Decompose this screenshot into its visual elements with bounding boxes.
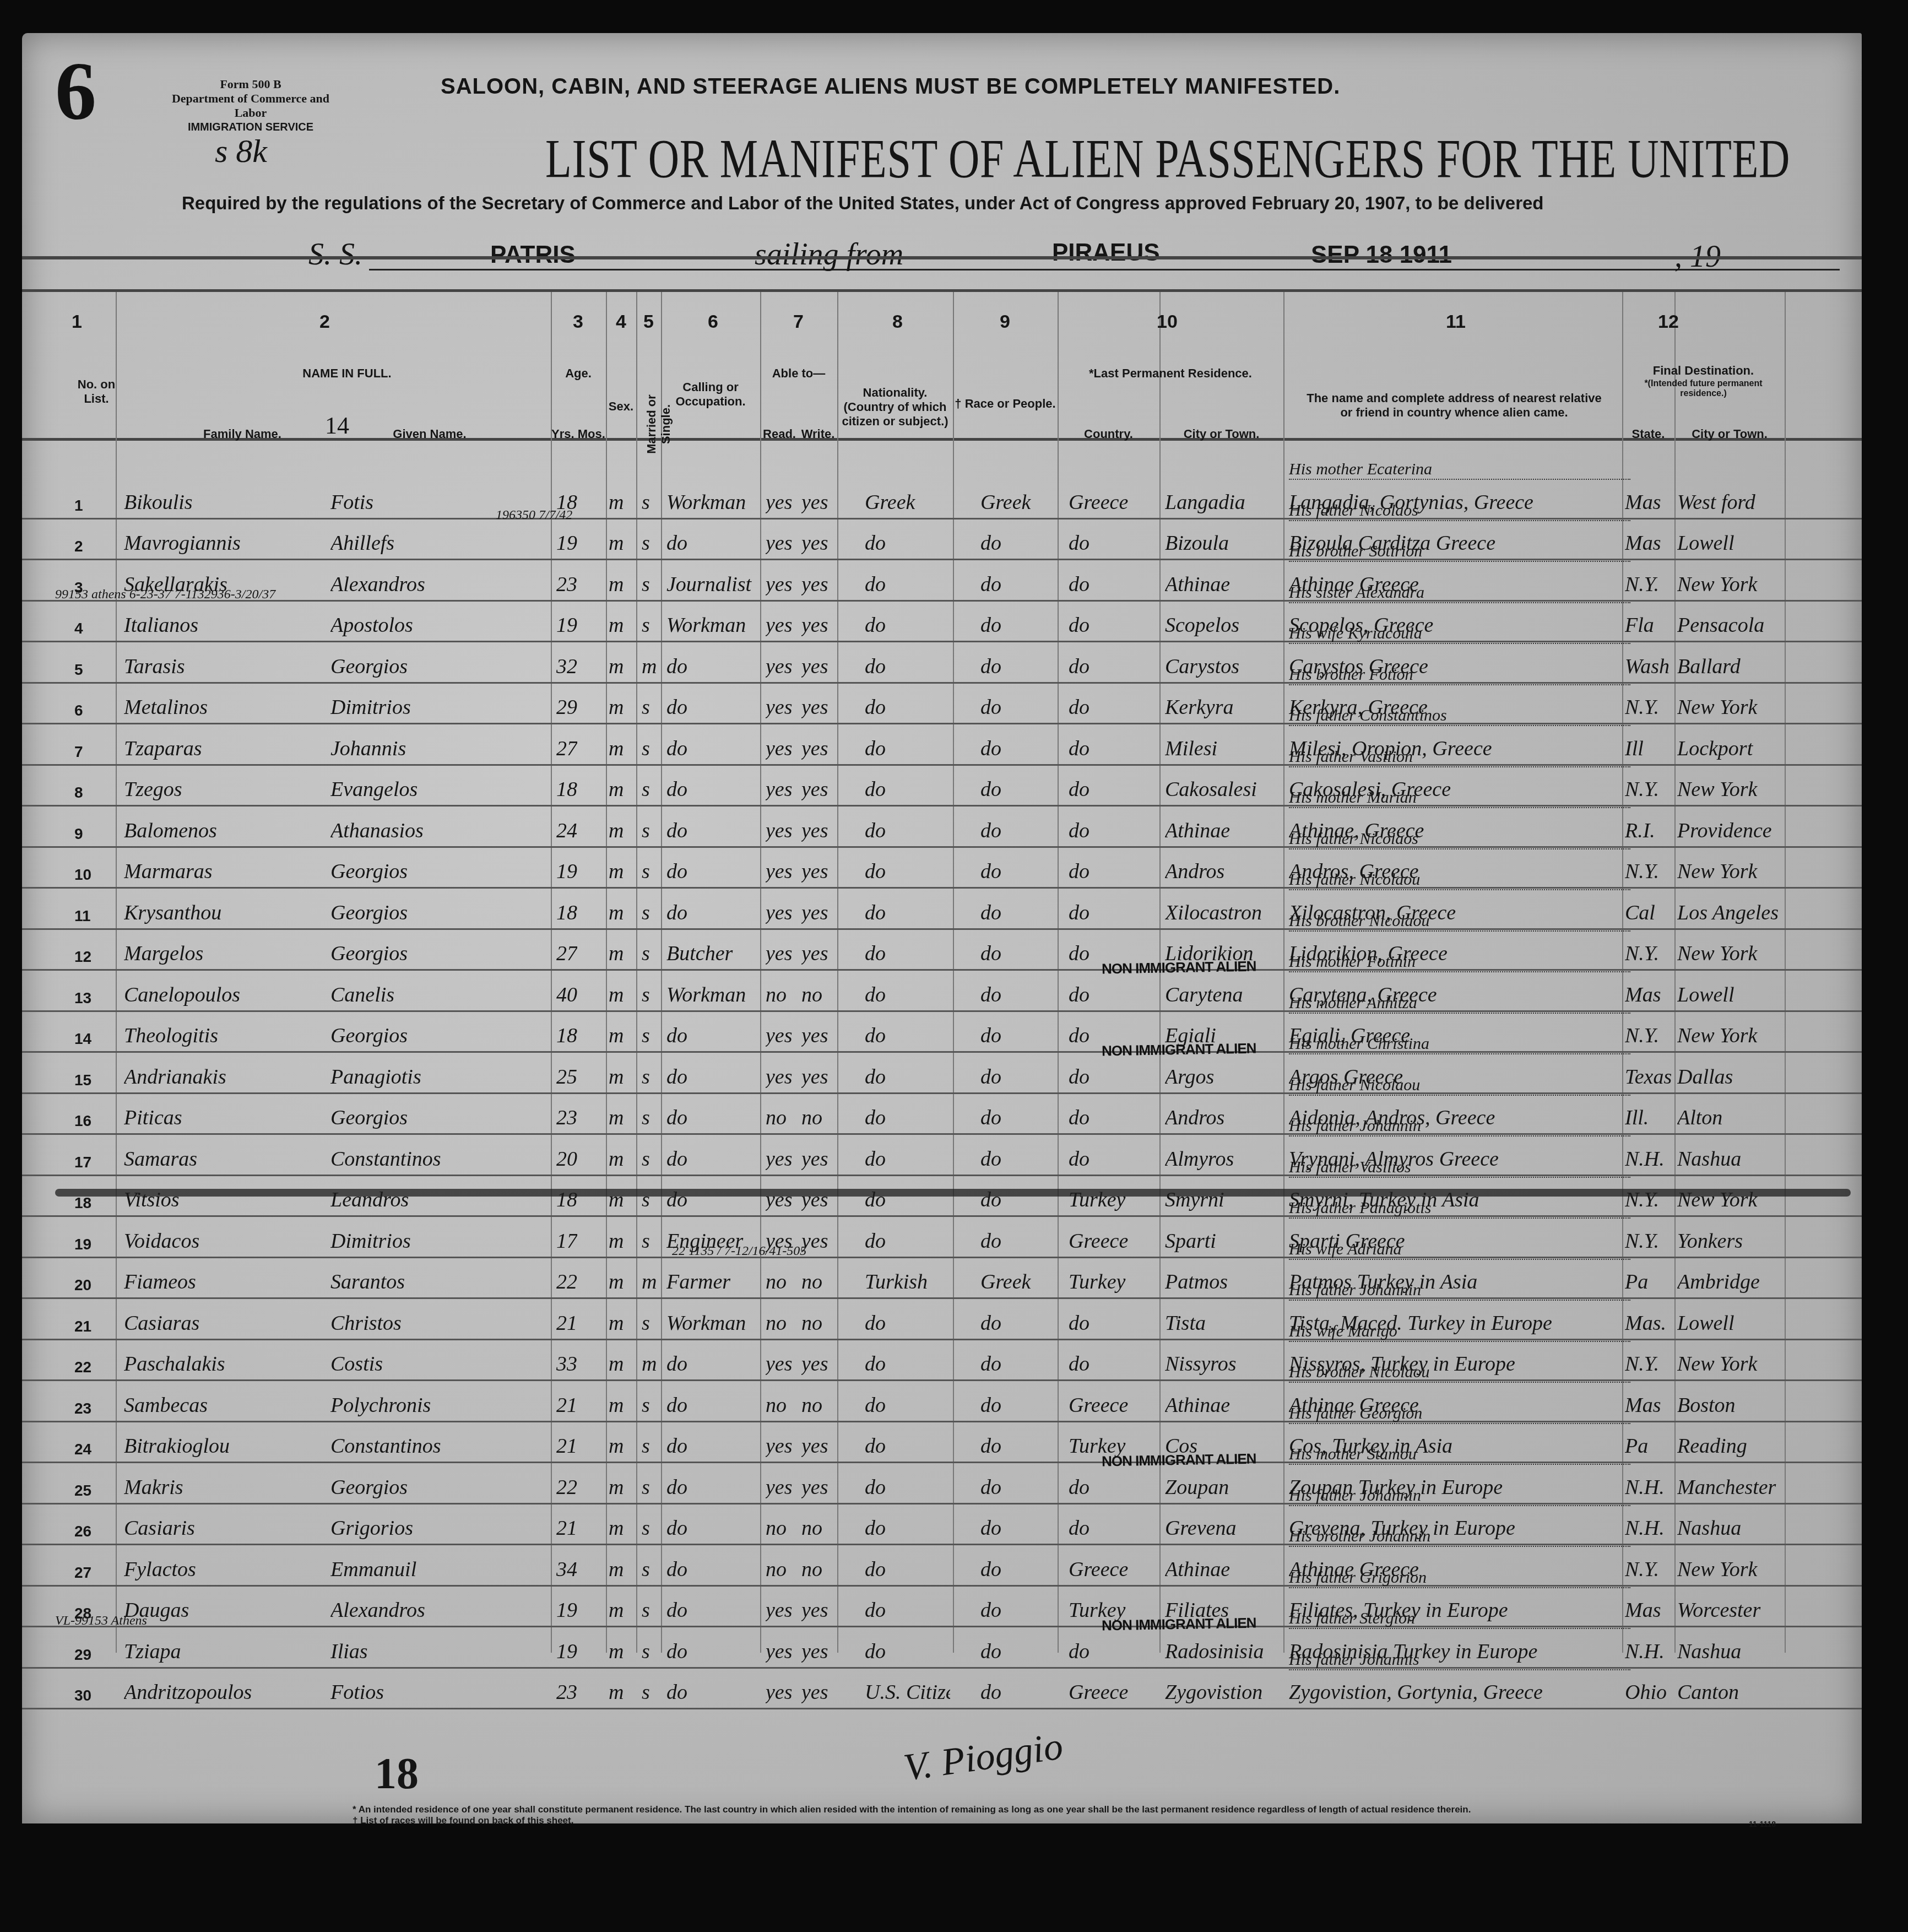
relative-name: His mother Fotinin: [1289, 953, 1630, 972]
race: do: [980, 1393, 1055, 1417]
given-name: Georgios: [330, 941, 545, 966]
given-name: Alexandros: [330, 572, 545, 597]
age: 20: [556, 1147, 577, 1171]
can-read: yes: [766, 1680, 793, 1704]
can-read: yes: [766, 777, 793, 802]
marital-status: m: [642, 1270, 657, 1294]
dest-state: R.I.: [1625, 819, 1674, 843]
can-write: no: [801, 1393, 822, 1417]
relative-name: His father Johannin: [1289, 1281, 1630, 1301]
nationality: do: [865, 737, 950, 761]
relative-name: His father Vasilion: [1289, 748, 1630, 767]
given-name: Leandros: [330, 1188, 545, 1212]
sex: m: [609, 819, 624, 843]
family-name: Metalinos: [124, 695, 325, 719]
relative-address: Zygovistion, Gortynia, Greece: [1289, 1680, 1619, 1704]
nationality: do: [865, 859, 950, 884]
list-number: 7: [74, 743, 83, 761]
footnote-races: † List of races will be found on back of…: [353, 1815, 1471, 1826]
list-number: 17: [74, 1154, 91, 1171]
sheet-number: 6: [55, 44, 96, 139]
dest-state: N.Y.: [1625, 1229, 1674, 1253]
family-name: Vitsios: [124, 1188, 325, 1212]
nationality: do: [865, 1106, 950, 1130]
age: 32: [556, 654, 577, 679]
given-name: Johannis: [330, 737, 545, 761]
age: 19: [556, 613, 577, 637]
residence-city: Almyros: [1165, 1147, 1283, 1171]
ship-name: PATRIS: [490, 241, 576, 269]
regulation-text: Required by the regulations of the Secre…: [182, 193, 1544, 214]
nationality: do: [865, 1639, 950, 1664]
family-name: Andritzopoulos: [124, 1680, 325, 1704]
age: 27: [556, 941, 577, 966]
dest-city: New York: [1677, 777, 1782, 802]
nationality: do: [865, 1393, 950, 1417]
header-country: Country.: [1058, 427, 1159, 441]
header-relative: The name and complete address of nearest…: [1300, 391, 1608, 420]
given-name: Dimitrios: [330, 695, 545, 719]
marital-status: s: [642, 490, 650, 515]
occupation: Workman: [666, 983, 757, 1007]
given-name: Canelis: [330, 983, 545, 1007]
sex: m: [609, 1147, 624, 1171]
age: 23: [556, 572, 577, 597]
top-warning: SALOON, CABIN, AND STEERAGE ALIENS MUST …: [441, 74, 1340, 99]
can-read: yes: [766, 531, 793, 555]
dest-city: Lowell: [1677, 1311, 1782, 1335]
residence-country: do: [1069, 1475, 1157, 1500]
race: do: [980, 572, 1055, 597]
can-read: yes: [766, 1475, 793, 1500]
dest-city: Ballard: [1677, 654, 1782, 679]
sex: m: [609, 983, 624, 1007]
colnum-3: 3: [573, 311, 583, 333]
residence-city: Milesi: [1165, 737, 1283, 761]
list-number: 15: [74, 1071, 91, 1089]
residence-country: Greece: [1069, 1393, 1157, 1417]
nationality: do: [865, 613, 950, 637]
relative-name: His wife Marigo: [1289, 1322, 1630, 1342]
age: 34: [556, 1557, 577, 1582]
relative-name: His brother Johannin: [1289, 1527, 1630, 1547]
residence-country: Greece: [1069, 1229, 1157, 1253]
age: 21: [556, 1311, 577, 1335]
age: 24: [556, 819, 577, 843]
marital-status: s: [642, 901, 650, 925]
age: 25: [556, 1065, 577, 1089]
age: 27: [556, 737, 577, 761]
dest-state: Mas: [1625, 490, 1674, 515]
residence-country: do: [1069, 1106, 1157, 1130]
form-code: 11-1118: [1749, 1820, 1776, 1828]
colnum-2: 2: [319, 311, 330, 333]
residence-country: do: [1069, 737, 1157, 761]
occupation: do: [666, 901, 757, 925]
dest-city: Worcester: [1677, 1598, 1782, 1622]
residence-country: do: [1069, 859, 1157, 884]
can-read: no: [766, 1270, 787, 1294]
can-read: yes: [766, 1024, 793, 1048]
header-rule-numbers: [22, 289, 1862, 292]
dest-city: New York: [1677, 1352, 1782, 1376]
given-name: Apostolos: [330, 613, 545, 637]
header-rule-top: [22, 256, 1862, 259]
given-name: Constantinos: [330, 1147, 545, 1171]
dest-state: Mas: [1625, 531, 1674, 555]
relative-name: His brother Nicolaou: [1289, 912, 1630, 932]
dest-state: N.Y.: [1625, 1352, 1674, 1376]
occupation: do: [666, 819, 757, 843]
relative-name: His mother Anhitza: [1289, 994, 1630, 1014]
can-read: yes: [766, 941, 793, 966]
given-name: Athanasios: [330, 819, 545, 843]
dest-city: New York: [1677, 1557, 1782, 1582]
family-name: Margelos: [124, 941, 325, 966]
table-row: 30 Andritzopoulos Fotios 23 m s do yes y…: [22, 1667, 1862, 1710]
sex: m: [609, 654, 624, 679]
given-name: Georgios: [330, 901, 545, 925]
dest-state: Fla: [1625, 613, 1674, 637]
family-name: Tziapa: [124, 1639, 325, 1664]
given-name: Alexandros: [330, 1598, 545, 1622]
residence-country: do: [1069, 1147, 1157, 1171]
race: do: [980, 1639, 1055, 1664]
marital-status: s: [642, 1557, 650, 1582]
given-name: Ilias: [330, 1639, 545, 1664]
can-read: yes: [766, 613, 793, 637]
family-name: Casiaris: [124, 1516, 325, 1540]
given-name: Grigorios: [330, 1516, 545, 1540]
list-number: 22: [74, 1359, 91, 1376]
colnum-6: 6: [708, 311, 718, 333]
dest-state: N.Y.: [1625, 695, 1674, 719]
occupation: do: [666, 737, 757, 761]
sex: m: [609, 737, 624, 761]
residence-country: do: [1069, 1639, 1157, 1664]
sex: m: [609, 859, 624, 884]
relative-name: His mother Christina: [1289, 1035, 1630, 1054]
dest-state: Mas.: [1625, 1311, 1674, 1335]
given-name: Georgios: [330, 1475, 545, 1500]
residence-city: Nissyros: [1165, 1352, 1283, 1376]
family-name: Fiameos: [124, 1270, 325, 1294]
can-read: yes: [766, 1352, 793, 1376]
header-last-residence: *Last Permanent Residence.: [1058, 366, 1283, 381]
residence-city: Carytena: [1165, 983, 1283, 1007]
dest-city: Lockport: [1677, 737, 1782, 761]
residence-country: do: [1069, 695, 1157, 719]
occupation: do: [666, 531, 757, 555]
family-name: Daugas: [124, 1598, 325, 1622]
nationality: do: [865, 1188, 950, 1212]
can-write: yes: [801, 613, 828, 637]
residence-city: Athinae: [1165, 819, 1283, 843]
nationality: do: [865, 777, 950, 802]
footnotes: * An intended residence of one year shal…: [353, 1804, 1471, 1826]
age: 21: [556, 1393, 577, 1417]
race: do: [980, 1598, 1055, 1622]
sex: m: [609, 1188, 624, 1212]
age: 33: [556, 1352, 577, 1376]
can-write: yes: [801, 1475, 828, 1500]
dest-state: N.H.: [1625, 1475, 1674, 1500]
list-number: 11: [74, 907, 91, 925]
race: do: [980, 777, 1055, 802]
race: do: [980, 1475, 1055, 1500]
occupation: do: [666, 1352, 757, 1376]
header-sex: Sex.: [606, 399, 636, 414]
relative-name: His father Nicolaou: [1289, 1076, 1630, 1096]
can-write: yes: [801, 859, 828, 884]
sex: m: [609, 1106, 624, 1130]
nationality: do: [865, 1557, 950, 1582]
residence-country: do: [1069, 654, 1157, 679]
margin-scribble: s 8k: [215, 132, 267, 170]
race: do: [980, 1311, 1055, 1335]
family-name: Canelopoulos: [124, 983, 325, 1007]
dest-state: Ill: [1625, 737, 1674, 761]
header-no-on-list: No. on List.: [77, 377, 116, 406]
can-read: no: [766, 1106, 787, 1130]
nationality: do: [865, 819, 950, 843]
can-write: no: [801, 1270, 822, 1294]
sex: m: [609, 531, 624, 555]
relative-name: His father Johannis: [1289, 1650, 1630, 1670]
residence-city: Langadia: [1165, 490, 1283, 515]
age: 40: [556, 983, 577, 1007]
marital-status: s: [642, 1106, 650, 1130]
sex: m: [609, 695, 624, 719]
marital-status: s: [642, 1147, 650, 1171]
list-count-note: 14: [325, 419, 349, 433]
manifest-sheet: 6 Form 500 B Department of Commerce and …: [22, 33, 1862, 1823]
marital-status: s: [642, 737, 650, 761]
relative-name: His father Panagiotis: [1289, 1199, 1630, 1219]
header-race: † Race or People.: [953, 397, 1058, 411]
race: do: [980, 1065, 1055, 1089]
marital-status: s: [642, 1024, 650, 1048]
marital-status: s: [642, 1639, 650, 1664]
can-read: yes: [766, 819, 793, 843]
relative-name: His father Vasilios: [1289, 1158, 1630, 1178]
race: do: [980, 1106, 1055, 1130]
non-immigrant-stamp: NON IMMIGRANT ALIEN: [1102, 1615, 1256, 1635]
relative-name: His father Johannin: [1289, 1486, 1630, 1506]
header-age: Age.: [551, 366, 606, 381]
can-write: no: [801, 1311, 822, 1335]
header-city-town: City or Town.: [1159, 427, 1283, 441]
header-nationality: Nationality. (Country of which citizen o…: [837, 386, 953, 429]
can-write: yes: [801, 737, 828, 761]
can-read: yes: [766, 695, 793, 719]
can-write: yes: [801, 654, 828, 679]
relative-name: His sister Alexandra: [1289, 583, 1630, 603]
relative-name: His father Nicolaos: [1289, 501, 1630, 521]
header-read: Read.: [760, 427, 799, 441]
race: do: [980, 901, 1055, 925]
residence-city: Carystos: [1165, 654, 1283, 679]
residence-country: do: [1069, 1516, 1157, 1540]
marital-status: s: [642, 1516, 650, 1540]
dest-state: N.Y.: [1625, 859, 1674, 884]
residence-city: Patmos: [1165, 1270, 1283, 1294]
department: Department of Commerce and Labor: [168, 91, 333, 120]
dest-state: Pa: [1625, 1434, 1674, 1458]
race: do: [980, 1188, 1055, 1212]
occupation: Workman: [666, 490, 757, 515]
marital-status: m: [642, 654, 657, 679]
can-write: yes: [801, 1024, 828, 1048]
nationality: do: [865, 941, 950, 966]
family-name: Tzaparas: [124, 737, 325, 761]
occupation: do: [666, 1598, 757, 1622]
can-read: yes: [766, 1065, 793, 1089]
residence-country: do: [1069, 1311, 1157, 1335]
residence-city: Tista: [1165, 1311, 1283, 1335]
dest-city: New York: [1677, 941, 1782, 966]
sex: m: [609, 941, 624, 966]
dest-city: Alton: [1677, 1106, 1782, 1130]
race: Greek: [980, 490, 1055, 515]
given-name: Georgios: [330, 654, 545, 679]
can-write: yes: [801, 777, 828, 802]
age: 29: [556, 695, 577, 719]
list-number: 16: [74, 1112, 91, 1130]
sex: m: [609, 1639, 624, 1664]
sex: m: [609, 572, 624, 597]
relative-name: His father Constantinos: [1289, 706, 1630, 726]
relative-name: His father Nicolaos: [1289, 830, 1630, 849]
can-write: yes: [801, 1147, 828, 1171]
list-number: 26: [74, 1523, 91, 1540]
dest-state: N.Y.: [1625, 1188, 1674, 1212]
occupation: Journalist: [666, 572, 757, 597]
residence-country: Turkey: [1069, 1188, 1157, 1212]
header-final-destination-note: *(Intended future permanent residence.): [1622, 379, 1785, 399]
nationality: Turkish: [865, 1270, 950, 1294]
family-name: Bitrakioglou: [124, 1434, 325, 1458]
can-write: yes: [801, 490, 828, 515]
dest-city: New York: [1677, 859, 1782, 884]
dest-city: New York: [1677, 1024, 1782, 1048]
dest-city: Manchester: [1677, 1475, 1782, 1500]
race: do: [980, 941, 1055, 966]
list-number: 12: [74, 948, 91, 966]
can-write: no: [801, 1516, 822, 1540]
dest-city: Reading: [1677, 1434, 1782, 1458]
given-name: Georgios: [330, 859, 545, 884]
relative-name: His wife Kyriacoula: [1289, 624, 1630, 644]
list-number: 8: [74, 784, 83, 802]
dest-state: Mas: [1625, 1598, 1674, 1622]
dest-city: Ambridge: [1677, 1270, 1782, 1294]
sex: m: [609, 1557, 624, 1582]
age: 19: [556, 531, 577, 555]
marital-status: s: [642, 819, 650, 843]
given-name: Emmanuil: [330, 1557, 545, 1582]
nationality: do: [865, 572, 950, 597]
race: do: [980, 1229, 1055, 1253]
nationality: do: [865, 1598, 950, 1622]
can-write: yes: [801, 901, 828, 925]
relative-name: His brother Nicolaou: [1289, 1363, 1630, 1383]
given-name: Sarantos: [330, 1270, 545, 1294]
dest-state: N.H.: [1625, 1516, 1674, 1540]
relative-name: His father Georgion: [1289, 1404, 1630, 1424]
nationality: do: [865, 1147, 950, 1171]
can-write: no: [801, 1106, 822, 1130]
dest-state: N.H.: [1625, 1639, 1674, 1664]
given-name: Fotios: [330, 1680, 545, 1704]
dest-state: Ohio: [1625, 1680, 1674, 1704]
list-number: 5: [74, 661, 83, 679]
given-name: Georgios: [330, 1106, 545, 1130]
family-name: Piticas: [124, 1106, 325, 1130]
occupation: Butcher: [666, 941, 757, 966]
residence-city: Grevena: [1165, 1516, 1283, 1540]
given-name: Ahillefs: [330, 531, 545, 555]
residence-country: do: [1069, 572, 1157, 597]
residence-city: Andros: [1165, 859, 1283, 884]
dest-state: N.Y.: [1625, 1557, 1674, 1582]
dest-city: Pensacola: [1677, 613, 1782, 637]
family-name: Sambecas: [124, 1393, 325, 1417]
residence-country: Turkey: [1069, 1270, 1157, 1294]
nationality: do: [865, 1516, 950, 1540]
can-read: yes: [766, 1434, 793, 1458]
occupation: do: [666, 1516, 757, 1540]
can-write: no: [801, 1557, 822, 1582]
occupation: do: [666, 1557, 757, 1582]
marital-status: s: [642, 859, 650, 884]
residence-city: Kerkyra: [1165, 695, 1283, 719]
dest-city: New York: [1677, 1188, 1782, 1212]
can-read: no: [766, 1393, 787, 1417]
list-number: 25: [74, 1482, 91, 1500]
race: do: [980, 695, 1055, 719]
can-read: yes: [766, 1188, 793, 1212]
occupation: do: [666, 1475, 757, 1500]
header-family-name: Family Name.: [187, 427, 297, 441]
list-number: 29: [74, 1646, 91, 1664]
relative-name: His father Nicolaou: [1289, 870, 1630, 890]
marital-status: s: [642, 777, 650, 802]
list-number: 30: [74, 1687, 91, 1704]
marital-status: s: [642, 1434, 650, 1458]
race: do: [980, 531, 1055, 555]
dest-state: N.Y.: [1625, 777, 1674, 802]
relative-name: His wife Adriana: [1289, 1240, 1630, 1260]
occupation: do: [666, 859, 757, 884]
sex: m: [609, 1516, 624, 1540]
race: do: [980, 819, 1055, 843]
can-write: yes: [801, 1188, 828, 1212]
can-read: yes: [766, 1639, 793, 1664]
family-name: Fylactos: [124, 1557, 325, 1582]
family-name: Paschalakis: [124, 1352, 325, 1376]
age: 19: [556, 1639, 577, 1664]
can-read: yes: [766, 1147, 793, 1171]
dest-state: Pa: [1625, 1270, 1674, 1294]
dest-city: Los Angeles: [1677, 901, 1782, 925]
can-read: yes: [766, 572, 793, 597]
dest-city: Nashua: [1677, 1639, 1782, 1664]
marital-status: s: [642, 1393, 650, 1417]
age: 21: [556, 1434, 577, 1458]
occupation: do: [666, 1065, 757, 1089]
can-read: yes: [766, 901, 793, 925]
